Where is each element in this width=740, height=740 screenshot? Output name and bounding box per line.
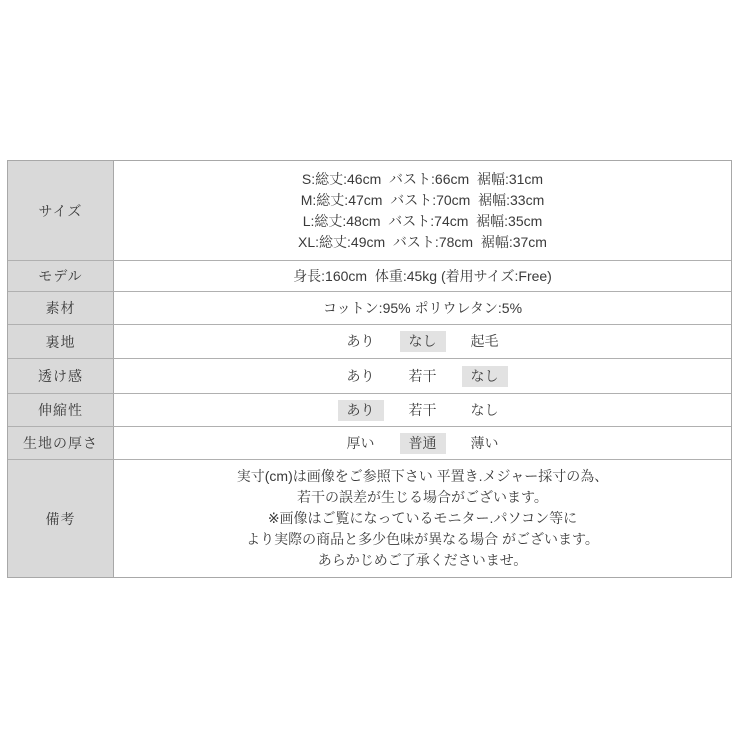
row-sheerness-label: 透け感 xyxy=(8,359,114,393)
row-stretch-label: 伸縮性 xyxy=(8,394,114,426)
material-text: コットン:95% ポリウレタン:5% xyxy=(323,298,522,319)
notes-line-5: あらかじめご了承くださいませ。 xyxy=(318,550,528,571)
model-text: 身長:160cm 体重:45kg (着用サイズ:Free) xyxy=(293,266,552,287)
lining-option-kimou: 起毛 xyxy=(462,331,508,352)
notes-line-4: より実際の商品と多少色味が異なる場合 がございます。 xyxy=(246,529,599,550)
thickness-option-atsui: 厚い xyxy=(338,433,384,454)
row-sheerness: 透け感 あり 若干 なし xyxy=(8,358,731,393)
product-spec-table: サイズ S:総丈:46cm バスト:66cm 裾幅:31cm M:総丈:47cm… xyxy=(7,160,732,578)
thickness-option-usui: 薄い xyxy=(462,433,508,454)
row-thickness: 生地の厚さ 厚い 普通 薄い xyxy=(8,426,731,459)
notes-line-2: 若干の誤差が生じる場合がございます。 xyxy=(297,487,548,508)
row-model: モデル 身長:160cm 体重:45kg (着用サイズ:Free) xyxy=(8,260,731,291)
size-line-xl: XL:総丈:49cm バスト:78cm 裾幅:37cm xyxy=(298,232,547,253)
stretch-option-ari: あり xyxy=(338,400,384,421)
row-material: 素材 コットン:95% ポリウレタン:5% xyxy=(8,291,731,324)
row-model-label: モデル xyxy=(8,261,114,291)
row-lining-options: あり なし 起毛 xyxy=(114,325,731,358)
row-stretch: 伸縮性 あり 若干 なし xyxy=(8,393,731,426)
stretch-option-nashi: なし xyxy=(462,400,508,421)
row-lining: 裏地 あり なし 起毛 xyxy=(8,324,731,358)
sheerness-option-jakkan: 若干 xyxy=(400,366,446,387)
row-thickness-label: 生地の厚さ xyxy=(8,427,114,459)
row-size: サイズ S:総丈:46cm バスト:66cm 裾幅:31cm M:総丈:47cm… xyxy=(8,161,731,260)
row-material-value: コットン:95% ポリウレタン:5% xyxy=(114,292,731,324)
page: サイズ S:総丈:46cm バスト:66cm 裾幅:31cm M:総丈:47cm… xyxy=(0,0,740,740)
row-lining-label: 裏地 xyxy=(8,325,114,358)
size-line-s: S:総丈:46cm バスト:66cm 裾幅:31cm xyxy=(302,169,543,190)
notes-line-3: ※画像はご覧になっているモニター.パソコン等に xyxy=(268,508,577,529)
notes-line-1: 実寸(cm)は画像をご参照下さい 平置き.メジャー採寸の為、 xyxy=(237,466,608,487)
row-material-label: 素材 xyxy=(8,292,114,324)
size-line-l: L:総丈:48cm バスト:74cm 裾幅:35cm xyxy=(303,211,543,232)
row-model-value: 身長:160cm 体重:45kg (着用サイズ:Free) xyxy=(114,261,731,291)
row-size-values: S:総丈:46cm バスト:66cm 裾幅:31cm M:総丈:47cm バスト… xyxy=(114,161,731,260)
stretch-option-jakkan: 若干 xyxy=(400,400,446,421)
row-size-label: サイズ xyxy=(8,161,114,260)
lining-option-ari: あり xyxy=(338,331,384,352)
row-notes-label: 備考 xyxy=(8,460,114,577)
thickness-option-futsuu: 普通 xyxy=(400,433,446,454)
row-stretch-options: あり 若干 なし xyxy=(114,394,731,426)
row-notes-lines: 実寸(cm)は画像をご参照下さい 平置き.メジャー採寸の為、 若干の誤差が生じる… xyxy=(114,460,731,577)
row-notes: 備考 実寸(cm)は画像をご参照下さい 平置き.メジャー採寸の為、 若干の誤差が… xyxy=(8,459,731,577)
lining-option-nashi: なし xyxy=(400,331,446,352)
row-thickness-options: 厚い 普通 薄い xyxy=(114,427,731,459)
size-line-m: M:総丈:47cm バスト:70cm 裾幅:33cm xyxy=(301,190,544,211)
sheerness-option-nashi: なし xyxy=(462,366,508,387)
row-sheerness-options: あり 若干 なし xyxy=(114,359,731,393)
sheerness-option-ari: あり xyxy=(338,366,384,387)
